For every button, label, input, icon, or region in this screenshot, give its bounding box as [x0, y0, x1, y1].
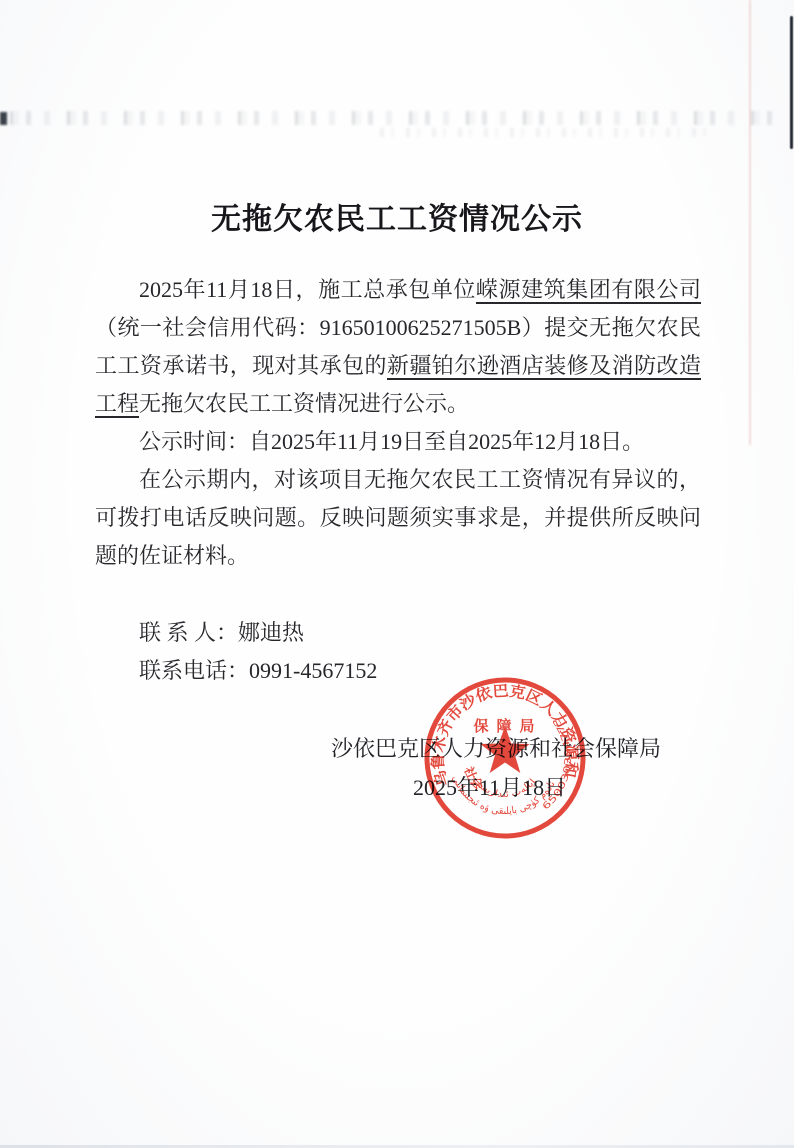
- contact-person-name: 娜迪热: [238, 620, 304, 645]
- contact-person-line: 联 系 人：娜迪热: [139, 614, 377, 652]
- underlined-text: 嵘源建筑集团有限公司: [476, 277, 701, 302]
- official-seal: 乌鲁木齐市沙依巴克区人力资源和 社会 保障局 650030304773 ئادە…: [405, 658, 605, 858]
- contact-block: 联 系 人：娜迪热 联系电话：0991-4567152: [139, 614, 377, 690]
- scan-artifact-ghost-text-2: [380, 128, 710, 137]
- paragraph: 公示时间：自2025年11月19日至自2025年12月18日。: [95, 423, 701, 461]
- paragraph: 在公示期内，对该项目无拖欠农民工工资情况有异议的，可拨打电话反映问题。反映问题须…: [95, 461, 701, 575]
- text-run: 2025年11月18日，施工总承包单位: [139, 277, 476, 302]
- scan-artifact-right-edge-line: [790, 16, 793, 149]
- text-run: 无拖欠农民工工资情况进行公示。: [139, 391, 469, 416]
- scanned-document-page: 无拖欠农民工工资情况公示 2025年11月18日，施工总承包单位嵘源建筑集团有限…: [0, 0, 794, 1148]
- contact-phone-label: 联系电话：: [139, 658, 249, 683]
- page-title: 无拖欠农民工工资情况公示: [0, 194, 794, 238]
- text-run: 公示时间：自2025年11月19日至自2025年12月18日。: [139, 429, 644, 454]
- paragraph: 2025年11月18日，施工总承包单位嵘源建筑集团有限公司（统一社会信用代码：9…: [95, 271, 701, 423]
- contact-phone-number: 0991-4567152: [249, 658, 377, 683]
- body-paragraphs: 2025年11月18日，施工总承包单位嵘源建筑集团有限公司（统一社会信用代码：9…: [95, 271, 701, 575]
- scan-artifact-ghost-text: [10, 111, 782, 125]
- seal-banner-text: 保障局: [473, 717, 542, 735]
- scan-artifact-left-edge-mark: [0, 112, 7, 125]
- contact-phone-line: 联系电话：0991-4567152: [139, 652, 377, 690]
- text-run: 在公示期内，对该项目无拖欠农民工工资情况有异议的，可拨打电话反映问题。反映问题须…: [95, 467, 701, 568]
- contact-person-label: 联 系 人：: [139, 620, 238, 645]
